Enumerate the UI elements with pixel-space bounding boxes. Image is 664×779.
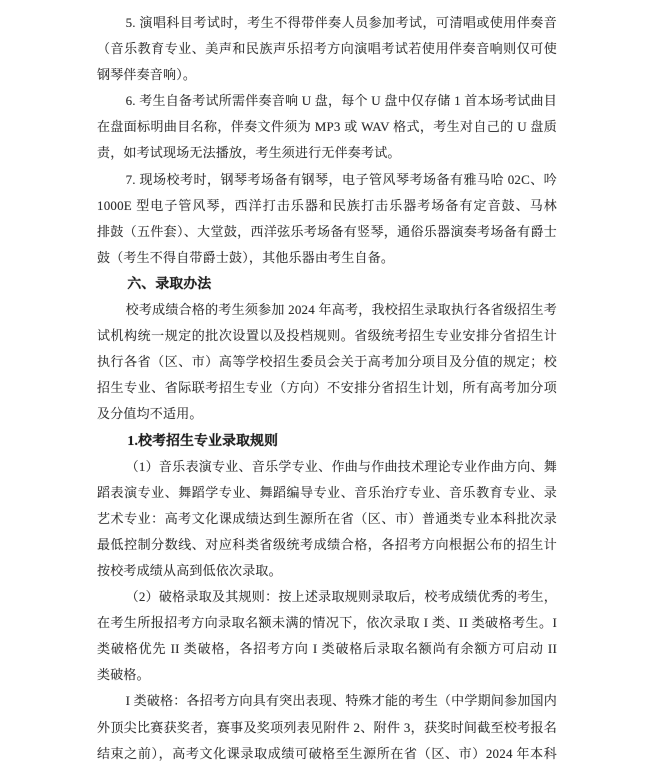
section-heading: 1.校考招生专业录取规则 [97,428,557,454]
section-heading: 六、录取办法 [97,271,557,297]
text-line: 7. 现场校考时，钢琴考场备有钢琴，电子管风琴考场备有雅马哈 02C、吟飞 [97,167,557,193]
text-line: 执行各省（区、市）高等学校招生委员会关于高考加分项目及分值的规定；校考 [97,349,557,375]
text-line: 钢琴伴奏音响）。 [97,62,557,88]
text-line: 校考成绩合格的考生须参加 2024 年高考，我校招生录取执行各省级招生考 [97,297,557,323]
text-line: 招生专业、省际联考招生专业（方向）不安排分省招生计划，所有高考加分项目 [97,375,557,401]
text-line: 按校考成绩从高到低依次录取。 [97,558,557,584]
text-line: I 类破格：各招考方向具有突出表现、特殊才能的考生（中学期间参加国内 [97,688,557,714]
text-line: 在考生所报招考方向录取名额未满的情况下，依次录取 I 类、II 类破格考生。I [97,610,557,636]
text-line: 6. 考生自备考试所需伴奏音响 U 盘，每个 U 盘中仅存储 1 首本场考试曲目… [97,88,557,114]
text-line: 及分值均不适用。 [97,401,557,427]
text-line: 试机构统一规定的批次设置以及投档规则。省级统考招生专业安排分省招生计划， [97,323,557,349]
text-line: 类破格优先 II 类破格，各招考方向 I 类破格后录取名额尚有余额方可启动 II [97,636,557,662]
text-line: 5. 演唱科目考试时，考生不得带伴奏人员参加考试，可清唱或使用伴奏音响 [97,10,557,36]
text-line: 外顶尖比赛获奖者，赛事及奖项列表见附件 2、附件 3，获奖时间截至校考报名 [97,715,557,741]
text-line: 在盘面标明曲目名称，伴奏文件须为 MP3 或 WAV 格式，考生对自己的 U 盘… [97,114,557,140]
text-line: 1000E 型电子管风琴，西洋打击乐器和民族打击乐器考场备有定音鼓、马林巴、 [97,193,557,219]
text-line: （2）破格录取及其规则：按上述录取规则录取后，校考成绩优秀的考生， [97,584,557,610]
text-line: 蹈表演专业、舞蹈学专业、舞蹈编导专业、音乐治疗专业、音乐教育专业、录音 [97,480,557,506]
text-line: 鼓（考生不得自带爵士鼓），其他乐器由考生自备。 [97,245,557,271]
text-line: （1）音乐表演专业、音乐学专业、作曲与作曲技术理论专业作曲方向、舞 [97,454,557,480]
text-line: 结束之前），高考文化课录取成绩可破格至生源所在省（区、市）2024 年本科 [97,741,557,767]
document-body: 5. 演唱科目考试时，考生不得带伴奏人员参加考试，可清唱或使用伴奏音响（音乐教育… [97,10,557,767]
document-page: 5. 演唱科目考试时，考生不得带伴奏人员参加考试，可清唱或使用伴奏音响（音乐教育… [0,0,664,779]
text-line: 最低控制分数线、对应科类省级统考成绩合格，各招考方向根据公布的招生计划， [97,532,557,558]
text-line: 艺术专业：高考文化课成绩达到生源所在省（区、市）普通类专业本科批次录取 [97,506,557,532]
text-line: 责，如考试现场无法播放，考生须进行无伴奏考试。 [97,140,557,166]
text-line: 类破格。 [97,662,557,688]
text-line: （音乐教育专业、美声和民族声乐招考方向演唱考试若使用伴奏音响则仅可使用 [97,36,557,62]
text-line: 排鼓（五件套）、大堂鼓，西洋弦乐考场备有竖琴，通俗乐器演奏考场备有爵士 [97,219,557,245]
